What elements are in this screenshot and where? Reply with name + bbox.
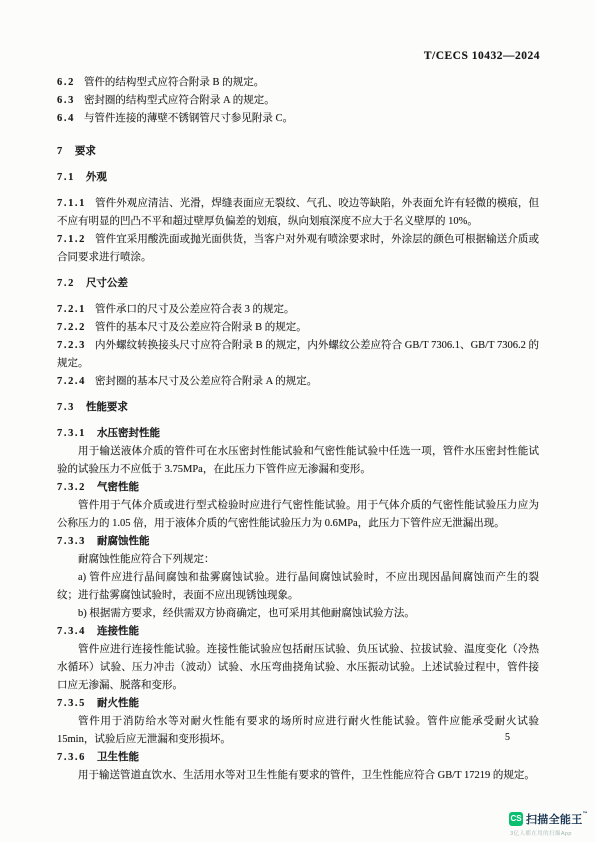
- standard-number-header: T/CECS 10432—2024: [424, 50, 540, 62]
- clause-text: 与管件连接的薄壁不锈钢管尺寸参见附录 C。: [84, 113, 293, 124]
- clause-text: 卫生性能: [97, 752, 139, 763]
- clause-text: 耐腐蚀性能应符合下列规定：: [78, 554, 215, 565]
- clause-text: 管件应进行连接性能试验。连接性能试验应包括耐压试验、负压试验、拉拔试验、温度变化…: [57, 644, 539, 691]
- clause-text: 管件的结构型式应符合附录 B 的规定。: [84, 77, 264, 88]
- clause-text: 管件用于气体介质或进行型式检验时应进行气密性能试验。用于气体介质的气密性能试验压…: [57, 500, 539, 529]
- clause-text: 耐火性能: [97, 698, 139, 709]
- clause-number: 7.2: [57, 278, 75, 289]
- clause-text: 管件用于消防给水等对耐火性能有要求的场所时应进行耐火性能试验。管件应能承受耐火试…: [57, 716, 539, 745]
- clause-text: 用于输送液体介质的管件可在水压密封性能试验和气密性能试验中任选一项，管件水压密封…: [57, 446, 539, 475]
- clause-7.2.1: 7.2.1管件承口的尺寸及公差应符合表 3 的规定。: [57, 301, 539, 319]
- para: 用于输送液体介质的管件可在水压密封性能试验和气密性能试验中任选一项，管件水压密封…: [57, 443, 539, 479]
- clause-7.1.2: 7.1.2管件宜采用酸洗面或抛光面供货，当客户对外观有喷涂要求时，外涂层的颜色可…: [57, 231, 539, 267]
- subheading-7.3.4: 7.3.4连接性能: [57, 623, 539, 641]
- section-7.3: 7.3性能要求: [57, 399, 539, 417]
- clause-7.1.1: 7.1.1管件外观应清洁、光滑，焊缝表面应无裂纹、气孔、咬边等缺陷，外表面允许有…: [57, 195, 539, 231]
- watermark-tagline: 3亿人都在用的扫描App: [509, 829, 573, 837]
- section-7.2: 7.2尺寸公差: [57, 275, 539, 293]
- watermark-logo-row: CS 扫描全能王™: [509, 811, 573, 827]
- doc-content: 6.2管件的结构型式应符合附录 B 的规定。6.3密封圈的结构型式应符合附录 A…: [57, 74, 539, 785]
- para: b) 根据需方要求，经供需双方协商确定，也可采用其他耐腐蚀试验方法。: [57, 605, 539, 623]
- document-page: T/CECS 10432—2024 6.2管件的结构型式应符合附录 B 的规定。…: [0, 0, 595, 842]
- clause-number: 7.2.1: [57, 304, 86, 315]
- para: 管件用于消防给水等对耐火性能有要求的场所时应进行耐火性能试验。管件应能承受耐火试…: [57, 713, 539, 749]
- clause-text: b) 根据需方要求，经供需双方协商确定，也可采用其他耐腐蚀试验方法。: [78, 608, 415, 619]
- clause-text: 管件宜采用酸洗面或抛光面供货，当客户对外观有喷涂要求时，外涂层的颜色可根据输送介…: [57, 234, 539, 263]
- subheading-7.3.6: 7.3.6卫生性能: [57, 749, 539, 767]
- trademark-symbol: ™: [583, 811, 588, 817]
- para: a) 管件应进行晶间腐蚀和盐雾腐蚀试验。进行晶间腐蚀试验时，不应出现因晶间腐蚀而…: [57, 569, 539, 605]
- clause-number: 7.1.2: [57, 234, 86, 245]
- clause-number: 7: [57, 146, 64, 157]
- clause-6.4: 6.4与管件连接的薄壁不锈钢管尺寸参见附录 C。: [57, 110, 539, 128]
- watermark-app-name: 扫描全能王™: [526, 811, 588, 827]
- clause-number: 7.3: [57, 402, 75, 413]
- subheading-7.3.2: 7.3.2气密性能: [57, 479, 539, 497]
- subheading-7.3.5: 7.3.5耐火性能: [57, 695, 539, 713]
- clause-text: 密封圈的结构型式应符合附录 A 的规定。: [84, 95, 275, 106]
- clause-7.2.2: 7.2.2管件的基本尺寸及公差应符合附录 B 的规定。: [57, 319, 539, 337]
- clause-number: 6.2: [57, 77, 75, 88]
- chapter-7: 7要求: [57, 143, 539, 161]
- clause-text: 内外螺纹转换接头尺寸应符合附录 B 的规定，内外螺纹公差应符合 GB/T 730…: [57, 340, 539, 369]
- clause-number: 7.3.6: [57, 752, 86, 763]
- clause-number: 7.2.3: [57, 340, 86, 351]
- section-7.1: 7.1外观: [57, 169, 539, 187]
- clause-number: 7.2.4: [57, 376, 86, 387]
- clause-6.2: 6.2管件的结构型式应符合附录 B 的规定。: [57, 74, 539, 92]
- clause-text: 管件的基本尺寸及公差应符合附录 B 的规定。: [95, 322, 307, 333]
- subheading-7.3.1: 7.3.1水压密封性能: [57, 425, 539, 443]
- clause-text: 连接性能: [97, 626, 139, 637]
- clause-7.2.4: 7.2.4密封圈的基本尺寸及公差应符合附录 A 的规定。: [57, 373, 539, 391]
- clause-text: 管件承口的尺寸及公差应符合表 3 的规定。: [95, 304, 295, 315]
- clause-number: 7.3.5: [57, 698, 86, 709]
- page-number: 5: [505, 732, 510, 743]
- para: 管件用于气体介质或进行型式检验时应进行气密性能试验。用于气体介质的气密性能试验压…: [57, 497, 539, 533]
- clause-text: 气密性能: [97, 482, 139, 493]
- camscanner-watermark: CS 扫描全能王™ 3亿人都在用的扫描App: [509, 811, 573, 837]
- clause-text: 耐腐蚀性能: [97, 536, 150, 547]
- clause-text: 密封圈的基本尺寸及公差应符合附录 A 的规定。: [95, 376, 317, 387]
- clause-number: 7.3.1: [57, 428, 86, 439]
- clause-text: 外观: [86, 172, 107, 183]
- para: 耐腐蚀性能应符合下列规定：: [57, 551, 539, 569]
- clause-number: 6.4: [57, 113, 75, 124]
- clause-text: 尺寸公差: [86, 278, 128, 289]
- clause-number: 6.3: [57, 95, 75, 106]
- clause-number: 7.1.1: [57, 198, 86, 209]
- clause-text: 水压密封性能: [97, 428, 160, 439]
- clause-text: 要求: [75, 146, 96, 157]
- clause-number: 7.2.2: [57, 322, 86, 333]
- clause-number: 7.3.2: [57, 482, 86, 493]
- para: 用于输送管道直饮水、生活用水等对卫生性能有要求的管件，卫生性能应符合 GB/T …: [57, 767, 539, 785]
- clause-text: 性能要求: [86, 402, 128, 413]
- clause-number: 7.1: [57, 172, 75, 183]
- camscanner-badge-icon: CS: [509, 812, 523, 826]
- subheading-7.3.3: 7.3.3耐腐蚀性能: [57, 533, 539, 551]
- clause-number: 7.3.3: [57, 536, 86, 547]
- clause-number: 7.3.4: [57, 626, 86, 637]
- clause-text: 管件外观应清洁、光滑，焊缝表面应无裂纹、气孔、咬边等缺陷，外表面允许有轻微的模痕…: [57, 198, 539, 227]
- para: 管件应进行连接性能试验。连接性能试验应包括耐压试验、负压试验、拉拔试验、温度变化…: [57, 641, 539, 695]
- clause-7.2.3: 7.2.3内外螺纹转换接头尺寸应符合附录 B 的规定，内外螺纹公差应符合 GB/…: [57, 337, 539, 373]
- clause-text: 用于输送管道直饮水、生活用水等对卫生性能有要求的管件，卫生性能应符合 GB/T …: [78, 770, 535, 781]
- clause-text: a) 管件应进行晶间腐蚀和盐雾腐蚀试验。进行晶间腐蚀试验时，不应出现因晶间腐蚀而…: [57, 572, 539, 601]
- clause-6.3: 6.3密封圈的结构型式应符合附录 A 的规定。: [57, 92, 539, 110]
